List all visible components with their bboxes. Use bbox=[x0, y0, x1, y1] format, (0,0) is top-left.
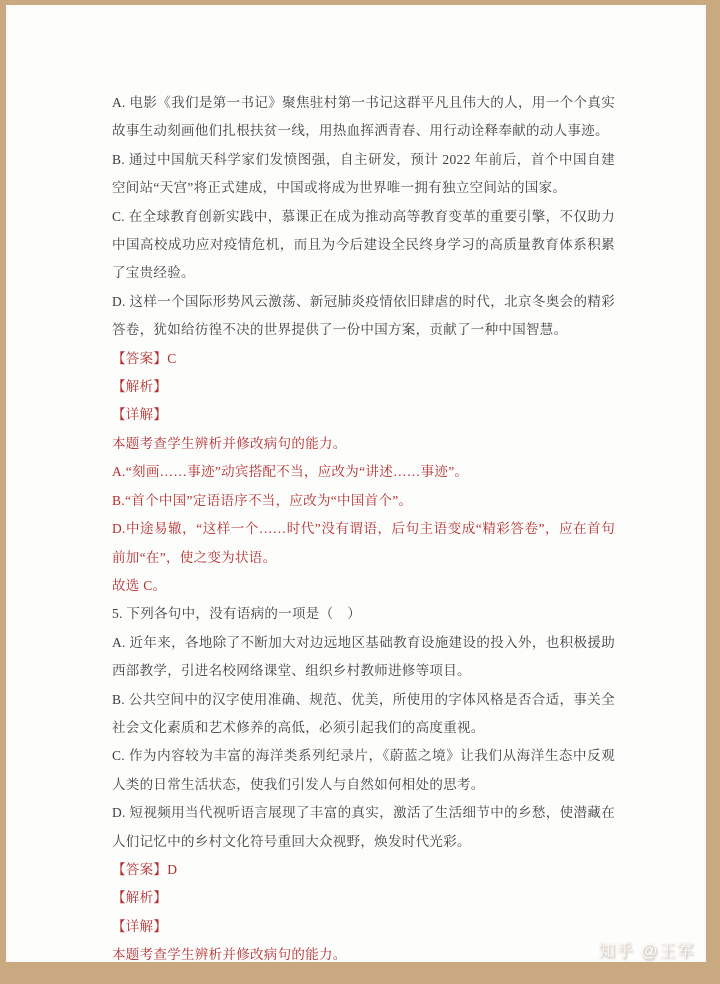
zhihu-post-image: { "colors": { "frame": "#c9aa80", "paper… bbox=[0, 0, 720, 984]
q4-option-c: C. 在全球教育创新实践中，慕课正在成为推动高等教育变革的重要引擎，不仅助力中国… bbox=[112, 203, 615, 288]
q4-conclusion-line: 故选 C。 bbox=[112, 572, 615, 600]
q5-detail-label: 【详解】 bbox=[112, 913, 615, 941]
q4-explanation-line: A.“刻画……事迹”动宾搭配不当，应改为“讲述……事迹”。 bbox=[112, 458, 615, 486]
q5-option-b: B. 公共空间中的汉字使用准确、规范、优美，所使用的字体风格是否合适，事关全社会… bbox=[112, 686, 615, 743]
q4-option-a: A. 电影《我们是第一书记》聚焦驻村第一书记这群平凡且伟大的人，用一个个真实故事… bbox=[112, 89, 615, 146]
q4-option-d: D. 这样一个国际形势风云激荡、新冠肺炎疫情依旧肆虐的时代，北京冬奥会的精彩答卷… bbox=[112, 288, 615, 345]
q5-option-c: C. 作为内容较为丰富的海洋类系列纪录片，《蔚蓝之境》让我们从海洋生态中反观人类… bbox=[112, 742, 615, 799]
q4-detail-label: 【详解】 bbox=[112, 401, 615, 429]
document-page: A. 电影《我们是第一书记》聚焦驻村第一书记这群平凡且伟大的人，用一个个真实故事… bbox=[6, 5, 706, 962]
q4-explanation-line: D.中途易辙，“这样一个……时代”没有谓语，后句主语变成“精彩答卷”，应在首句前… bbox=[112, 515, 615, 572]
q5-answer-label: 【答案】D bbox=[112, 856, 615, 884]
q5-option-a: A. 近年来，各地除了不断加大对边远地区基础教育设施建设的投入外，也积极援助西部… bbox=[112, 629, 615, 686]
q4-explanation-line: 本题考查学生辨析并修改病句的能力。 bbox=[112, 430, 615, 458]
q5-stem: 5. 下列各句中，没有语病的一项是（ ） bbox=[112, 600, 615, 628]
q4-option-b: B. 通过中国航天科学家们发愤图强，自主研发，预计 2022 年前后，首个中国自… bbox=[112, 146, 615, 203]
q5-option-d: D. 短视频用当代视听语言展现了丰富的真实，激活了生活细节中的乡愁，使潜藏在人们… bbox=[112, 799, 615, 856]
zhihu-watermark: 知乎 @王军 bbox=[599, 937, 695, 961]
q5-analysis-label: 【解析】 bbox=[112, 884, 615, 912]
q4-explanation-line: B.“首个中国”定语语序不当，应改为“中国首个”。 bbox=[112, 487, 615, 515]
document-content: A. 电影《我们是第一书记》聚焦驻村第一书记这群平凡且伟大的人，用一个个真实故事… bbox=[112, 89, 615, 970]
q4-analysis-label: 【解析】 bbox=[112, 373, 615, 401]
q5-explanation-line: 本题考查学生辨析并修改病句的能力。 bbox=[112, 941, 615, 969]
q4-answer-label: 【答案】C bbox=[112, 345, 615, 373]
